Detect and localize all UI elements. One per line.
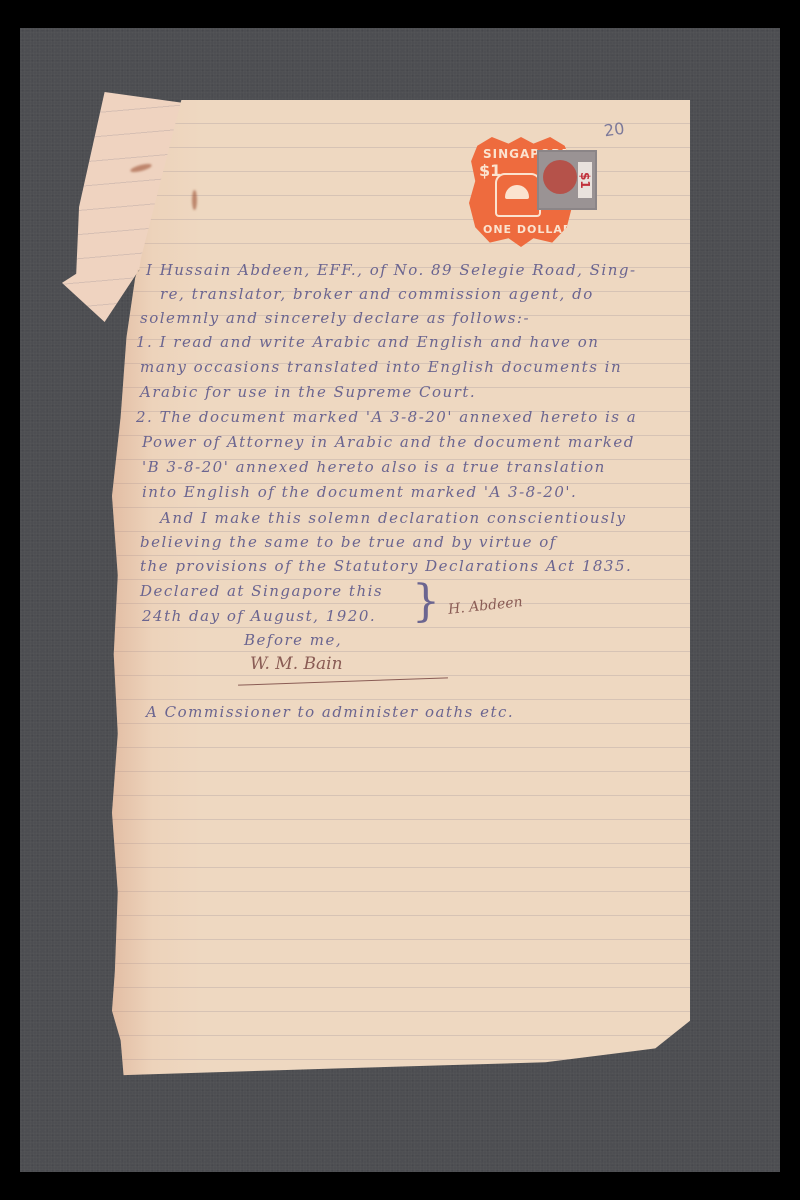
stamp-denomination: ONE DOLLAR [483, 223, 572, 236]
cancellation-mark [543, 160, 577, 194]
declaration-line: into English of the document marked 'A 3… [142, 480, 577, 504]
adhesive-revenue-stamp: $1 [537, 150, 597, 210]
brace-symbol: } [412, 580, 440, 624]
ink-stain [192, 190, 197, 210]
revenue-stamp-value: $1 [578, 162, 592, 198]
declaration-line: And I make this solemn declaration consc… [160, 506, 627, 530]
declaration-line: 'B 3-8-20' annexed hereto also is a true… [142, 455, 606, 479]
declaration-line: believing the same to be true and by vir… [140, 530, 557, 554]
declaration-line: Power of Attorney in Arabic and the docu… [142, 430, 635, 454]
declaration-line: 2. The document marked 'A 3-8-20' annexe… [136, 405, 637, 429]
declaration-line: many occasions translated into English d… [140, 355, 622, 379]
declaration-line: 1. I read and write Arabic and English a… [136, 330, 599, 354]
declaration-line: solemnly and sincerely declare as follow… [140, 306, 530, 330]
before-me-line: Before me, [244, 628, 342, 652]
declared-at-line: Declared at Singapore this [140, 579, 383, 603]
declaration-line: the provisions of the Statutory Declarat… [140, 554, 632, 578]
commissioner-signature: W. M. Bain [250, 654, 343, 674]
declaration-line: Arabic for use in the Supreme Court. [140, 380, 476, 404]
declaration-line: re, translator, broker and commission ag… [160, 282, 594, 306]
commissioner-title: A Commissioner to administer oaths etc. [146, 700, 514, 724]
declaration-line: I Hussain Abdeen, EFF., of No. 89 Selegi… [146, 258, 637, 282]
date-line: 24th day of August, 1920. [142, 604, 376, 628]
archive-number: 20 [603, 119, 626, 141]
